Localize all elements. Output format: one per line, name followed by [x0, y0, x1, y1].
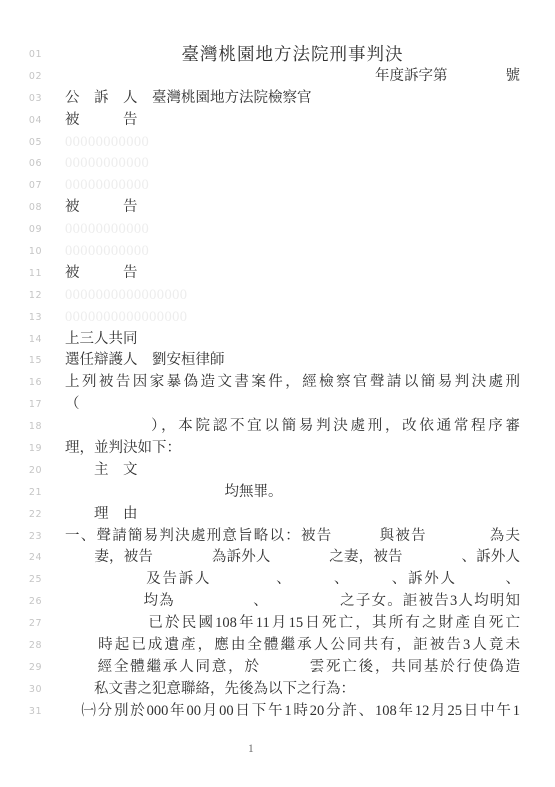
- document-line: 04 被 告: [0, 110, 555, 132]
- document-line: 01 臺灣桃園地方法院刑事判決: [0, 44, 555, 66]
- line-text: 00000000000: [65, 219, 520, 241]
- line-text: 00000000000: [65, 132, 520, 154]
- line-number: 20: [0, 460, 44, 482]
- document-line: 13 0000000000000000: [0, 307, 555, 329]
- line-text: 上列被告因家暴偽造文書案件，經檢察官聲請以簡易判決處刑: [65, 372, 520, 394]
- document-line: 10 00000000000: [0, 241, 555, 263]
- line-text: 被 告: [65, 263, 520, 285]
- line-text: ），本院認不宜以簡易判決處刑，改依通常程序審: [65, 416, 520, 438]
- document-line: 25 及告訴人 、 、 、訴外人 、: [0, 569, 555, 591]
- line-text: 00000000000: [65, 241, 520, 263]
- line-text: 時起已成遺產，應由全體繼承人公同共有，詎被告3人竟未: [65, 635, 520, 657]
- document-line: 07 00000000000: [0, 175, 555, 197]
- line-text: 已於民國108年11月15日死亡，其所有之財產自死亡: [65, 613, 520, 635]
- document-line: 27 已於民國108年11月15日死亡，其所有之財產自死亡: [0, 613, 555, 635]
- document-body: 01 臺灣桃園地方法院刑事判決 02 年度訴字第 號 03 公 訴 人 臺灣桃園…: [0, 44, 555, 723]
- line-number: 18: [0, 416, 44, 438]
- line-text: 經全體繼承人同意，於 雲死亡後，共同基於行使偽造: [65, 657, 520, 679]
- document-line: 05 00000000000: [0, 132, 555, 154]
- line-number: 01: [0, 44, 44, 66]
- document-line: 14 上三人共同: [0, 329, 555, 351]
- line-number: 06: [0, 153, 44, 175]
- line-text: 年度訴字第 號: [65, 66, 520, 88]
- document-line: 23 一、聲請簡易判決處刑意旨略以：被告 與被告 為夫: [0, 526, 555, 548]
- line-number: 29: [0, 657, 44, 679]
- document-line: 19 理，並判決如下：: [0, 438, 555, 460]
- line-number: 02: [0, 66, 44, 88]
- line-text: ㈠分別於000年00月00日下午1時20分許、108年12月25日中午1: [65, 701, 520, 723]
- line-number: 23: [0, 526, 44, 548]
- line-text: 被 告: [65, 197, 520, 219]
- line-text: 私文書之犯意聯絡，先後為以下之行為：: [65, 679, 520, 701]
- line-text: 均無罪。: [65, 482, 520, 504]
- line-text: 00000000000: [65, 175, 520, 197]
- line-text: 妻，被告 為訴外人 之妻，被告 、訴外人: [65, 547, 520, 569]
- page-number: 1: [248, 743, 254, 755]
- line-text: 00000000000: [65, 153, 520, 175]
- line-text: 0000000000000000: [65, 307, 520, 329]
- document-line: 18 ），本院認不宜以簡易判決處刑，改依通常程序審: [0, 416, 555, 438]
- document-line: 31 ㈠分別於000年00月00日下午1時20分許、108年12月25日中午1: [0, 701, 555, 723]
- line-text: 理，並判決如下：: [65, 438, 520, 460]
- line-number: 12: [0, 285, 44, 307]
- line-number: 15: [0, 350, 44, 372]
- line-text: 及告訴人 、 、 、訴外人 、: [65, 569, 520, 591]
- line-number: 09: [0, 219, 44, 241]
- line-number: 21: [0, 482, 44, 504]
- line-text: 均為 、 之子女。詎被告3人均明知: [65, 591, 520, 613]
- line-text: 主 文: [65, 460, 520, 482]
- line-number: 17: [0, 394, 44, 416]
- line-number: 28: [0, 635, 44, 657]
- line-number: 08: [0, 197, 44, 219]
- document-line: 29 經全體繼承人同意，於 雲死亡後，共同基於行使偽造: [0, 657, 555, 679]
- line-number: 11: [0, 263, 44, 285]
- line-text: 上三人共同: [65, 329, 520, 351]
- document-line: 03 公 訴 人 臺灣桃園地方法院檢察官: [0, 88, 555, 110]
- document-line: 20 主 文: [0, 460, 555, 482]
- document-line: 12 0000000000000000: [0, 285, 555, 307]
- line-text: 理 由: [65, 504, 520, 526]
- line-number: 26: [0, 591, 44, 613]
- line-number: 31: [0, 701, 44, 723]
- line-text: （: [65, 394, 520, 416]
- document-line: 08 被 告: [0, 197, 555, 219]
- document-line: 28 時起已成遺產，應由全體繼承人公同共有，詎被告3人竟未: [0, 635, 555, 657]
- document-line: 15 選任辯護人 劉安桓律師: [0, 350, 555, 372]
- document-line: 21 均無罪。: [0, 482, 555, 504]
- line-text: 臺灣桃園地方法院刑事判決: [65, 44, 520, 66]
- document-line: 16 上列被告因家暴偽造文書案件，經檢察官聲請以簡易判決處刑: [0, 372, 555, 394]
- document-line: 30 私文書之犯意聯絡，先後為以下之行為：: [0, 679, 555, 701]
- line-number: 05: [0, 132, 44, 154]
- line-number: 04: [0, 110, 44, 132]
- line-number: 07: [0, 175, 44, 197]
- line-number: 25: [0, 569, 44, 591]
- document-line: 11 被 告: [0, 263, 555, 285]
- line-number: 22: [0, 504, 44, 526]
- line-number: 10: [0, 241, 44, 263]
- document-line: 06 00000000000: [0, 153, 555, 175]
- line-number: 19: [0, 438, 44, 460]
- document-line: 26 均為 、 之子女。詎被告3人均明知: [0, 591, 555, 613]
- document-line: 09 00000000000: [0, 219, 555, 241]
- line-number: 27: [0, 613, 44, 635]
- line-number: 14: [0, 329, 44, 351]
- line-text: 被 告: [65, 110, 520, 132]
- document-line: 02 年度訴字第 號: [0, 66, 555, 88]
- line-number: 30: [0, 679, 44, 701]
- line-text: 一、聲請簡易判決處刑意旨略以：被告 與被告 為夫: [65, 526, 520, 548]
- line-number: 16: [0, 372, 44, 394]
- line-text: 公 訴 人 臺灣桃園地方法院檢察官: [65, 88, 520, 110]
- line-number: 24: [0, 547, 44, 569]
- document-line: 22 理 由: [0, 504, 555, 526]
- judgment-document-page: 01 臺灣桃園地方法院刑事判決 02 年度訴字第 號 03 公 訴 人 臺灣桃園…: [0, 0, 555, 787]
- line-number: 13: [0, 307, 44, 329]
- document-line: 24 妻，被告 為訴外人 之妻，被告 、訴外人: [0, 547, 555, 569]
- line-number: 03: [0, 88, 44, 110]
- line-text: 選任辯護人 劉安桓律師: [65, 350, 520, 372]
- document-line: 17 （: [0, 394, 555, 416]
- line-text: 0000000000000000: [65, 285, 520, 307]
